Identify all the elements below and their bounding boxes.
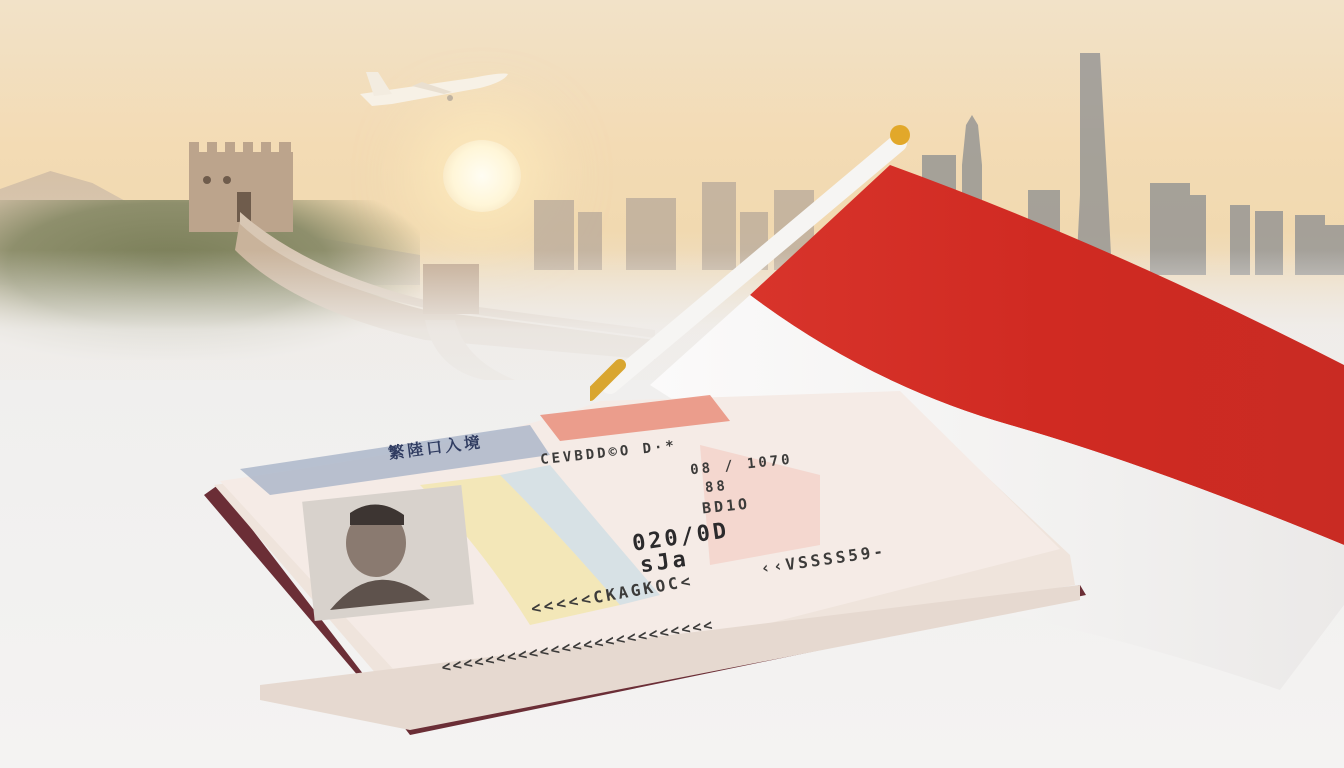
- visa-field-b: 88: [704, 478, 728, 496]
- scene: 繁陸口入境 CEVBDD©O D·* 08 / 1070 88 BD1O 020…: [0, 0, 1344, 768]
- airplane-icon: [352, 62, 512, 112]
- open-passport: 繁陸口入境 CEVBDD©O D·* 08 / 1070 88 BD1O 020…: [200, 385, 1090, 745]
